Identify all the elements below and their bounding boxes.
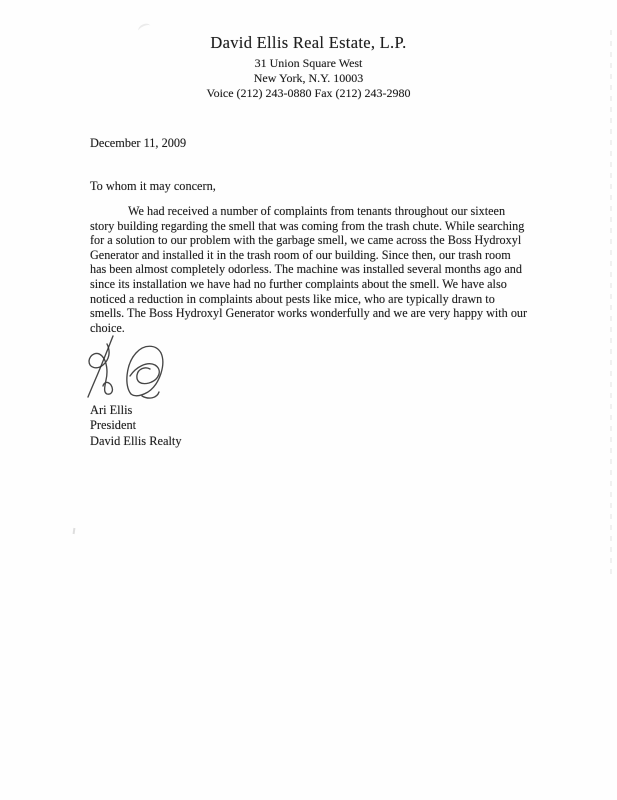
signature-scribble-icon	[86, 334, 172, 404]
signature-block: Ari Ellis President David Ellis Realty	[90, 403, 182, 449]
handwritten-signature	[86, 334, 172, 404]
letterhead-street-address: 31 Union Square West	[0, 56, 617, 71]
letter-body-paragraph: We had received a number of complaints f…	[90, 204, 590, 335]
scanned-letter-page: David Ellis Real Estate, L.P. 31 Union S…	[0, 0, 617, 800]
letterhead: David Ellis Real Estate, L.P. 31 Union S…	[0, 33, 617, 101]
signer-title: President	[90, 418, 182, 433]
letterhead-company-name: David Ellis Real Estate, L.P.	[0, 33, 617, 53]
letter-date: December 11, 2009	[90, 136, 186, 151]
letterhead-city-state-zip: New York, N.Y. 10003	[0, 71, 617, 86]
scan-streak-artifact	[610, 30, 612, 575]
letter-salutation: To whom it may concern,	[90, 179, 216, 194]
scan-fleck-artifact	[73, 528, 76, 534]
signer-company: David Ellis Realty	[90, 434, 182, 449]
signer-name: Ari Ellis	[90, 403, 182, 418]
letterhead-phone-fax: Voice (212) 243-0880 Fax (212) 243-2980	[0, 86, 617, 101]
